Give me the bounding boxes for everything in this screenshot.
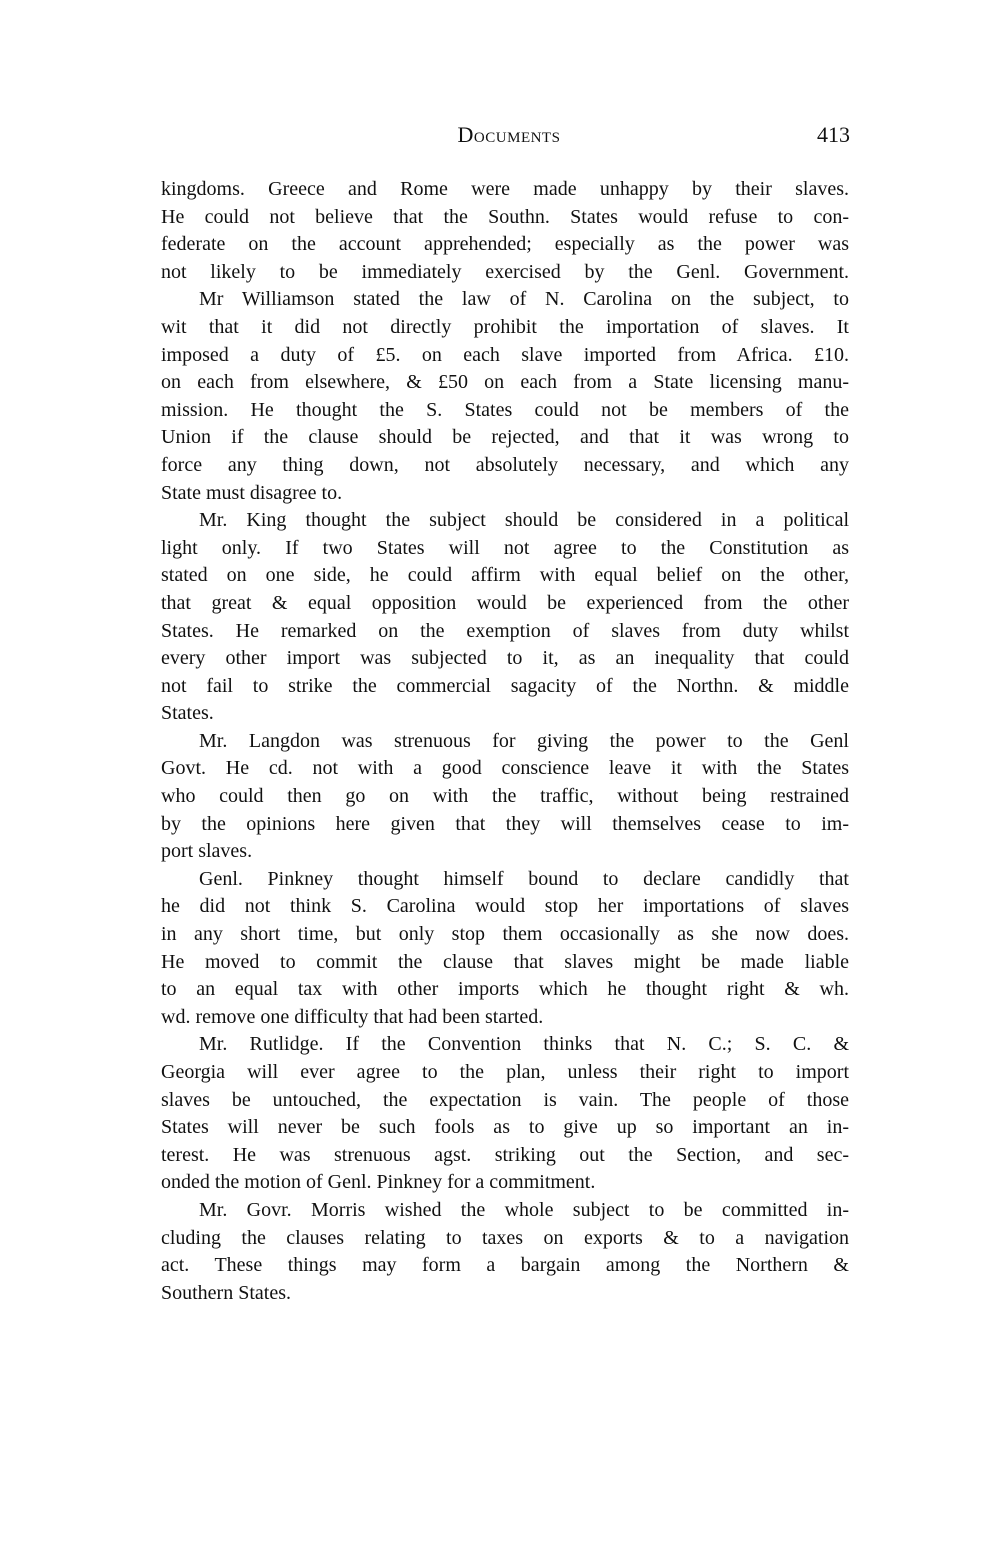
paragraph-continuation: kingdoms. Greece and Rome were made unha…: [161, 176, 849, 286]
text-line: Mr. King thought the subject should be c…: [161, 507, 849, 535]
text-line: by the opinions here given that they wil…: [161, 811, 849, 839]
text-line: federate on the account apprehended; esp…: [161, 231, 849, 259]
text-line: Genl. Pinkney thought himself bound to d…: [161, 866, 849, 894]
text-line: Georgia will ever agree to the plan, unl…: [161, 1059, 849, 1087]
text-line: on each from elsewhere, & £50 on each fr…: [161, 369, 849, 397]
text-line: that great & equal opposition would be e…: [161, 590, 849, 618]
text-line: light only. If two States will not agree…: [161, 535, 849, 563]
text-line: Mr. Govr. Morris wished the whole subjec…: [161, 1197, 849, 1225]
text-line: in any short time, but only stop them oc…: [161, 921, 849, 949]
paragraph-langdon: Mr. Langdon was strenuous for giving the…: [161, 728, 849, 866]
text-line: terest. He was strenuous agst. striking …: [161, 1142, 849, 1170]
text-line: imposed a duty of £5. on each slave impo…: [161, 342, 849, 370]
text-line: State must disagree to.: [161, 480, 849, 508]
text-line: Mr Williamson stated the law of N. Carol…: [161, 286, 849, 314]
text-line: to an equal tax with other imports which…: [161, 976, 849, 1004]
text-line: mission. He thought the S. States could …: [161, 397, 849, 425]
text-line: States.: [161, 700, 849, 728]
paragraph-rutlidge: Mr. Rutlidge. If the Convention thinks t…: [161, 1031, 849, 1197]
paragraph-williamson: Mr Williamson stated the law of N. Carol…: [161, 286, 849, 507]
text-line: slaves be untouched, the expectation is …: [161, 1087, 849, 1115]
running-head: Documents 413: [160, 122, 850, 152]
page-number: 413: [817, 122, 850, 148]
text-line: who could then go on with the traffic, w…: [161, 783, 849, 811]
text-line: kingdoms. Greece and Rome were made unha…: [161, 176, 849, 204]
document-page: Documents 413 kingdoms. Greece and Rome …: [0, 0, 1000, 1546]
text-line: He could not believe that the Southn. St…: [161, 204, 849, 232]
text-line: Govt. He cd. not with a good conscience …: [161, 755, 849, 783]
text-line: wd. remove one difficulty that had been …: [161, 1004, 849, 1032]
text-line: wit that it did not directly prohibit th…: [161, 314, 849, 342]
text-line: cluding the clauses relating to taxes on…: [161, 1225, 849, 1253]
body-text: kingdoms. Greece and Rome were made unha…: [161, 176, 849, 1307]
running-title: Documents: [160, 122, 850, 148]
text-line: not fail to strike the commercial sagaci…: [161, 673, 849, 701]
text-line: port slaves.: [161, 838, 849, 866]
text-line: stated on one side, he could affirm with…: [161, 562, 849, 590]
paragraph-morris: Mr. Govr. Morris wished the whole subjec…: [161, 1197, 849, 1307]
text-line: Mr. Langdon was strenuous for giving the…: [161, 728, 849, 756]
text-line: States. He remarked on the exemption of …: [161, 618, 849, 646]
text-line: Southern States.: [161, 1280, 849, 1308]
text-line: he did not think S. Carolina would stop …: [161, 893, 849, 921]
text-line: onded the motion of Genl. Pinkney for a …: [161, 1169, 849, 1197]
paragraph-pinkney: Genl. Pinkney thought himself bound to d…: [161, 866, 849, 1032]
text-line: Mr. Rutlidge. If the Convention thinks t…: [161, 1031, 849, 1059]
text-line: He moved to commit the clause that slave…: [161, 949, 849, 977]
text-line: every other import was subjected to it, …: [161, 645, 849, 673]
text-line: Union if the clause should be rejected, …: [161, 424, 849, 452]
text-line: act. These things may form a bargain amo…: [161, 1252, 849, 1280]
text-line: not likely to be immediately exercised b…: [161, 259, 849, 287]
text-line: force any thing down, not absolutely nec…: [161, 452, 849, 480]
paragraph-king: Mr. King thought the subject should be c…: [161, 507, 849, 728]
text-line: States will never be such fools as to gi…: [161, 1114, 849, 1142]
